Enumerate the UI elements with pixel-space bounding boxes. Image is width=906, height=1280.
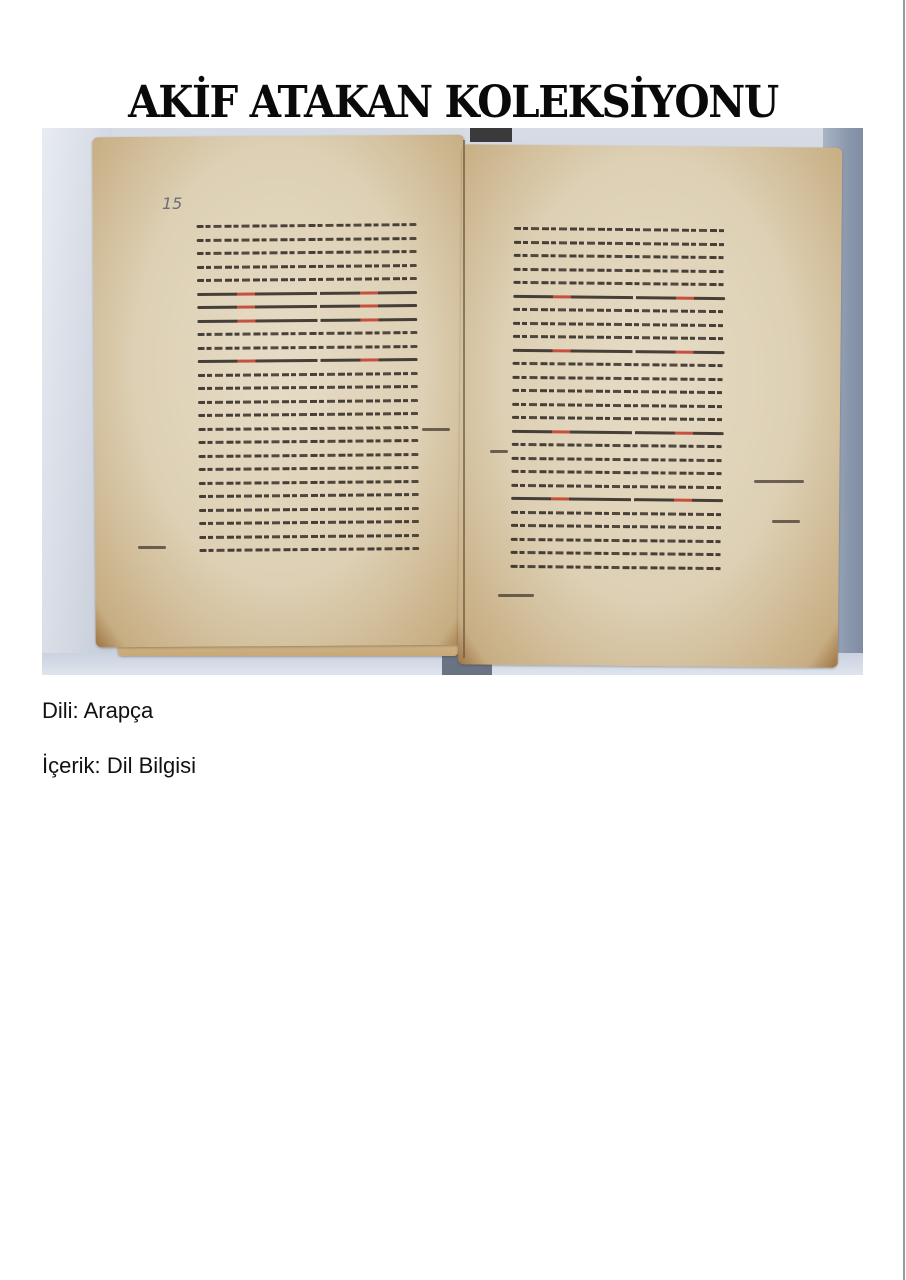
margin-note <box>138 546 166 549</box>
left-page-text-block <box>196 223 419 575</box>
page-border <box>903 0 905 1280</box>
book-gutter <box>463 140 465 658</box>
margin-note <box>490 450 508 453</box>
margin-note <box>772 520 800 523</box>
content-value: Dil Bilgisi <box>107 753 196 778</box>
page-title: AKİF ATAKAN KOLEKSİYONU <box>36 77 870 128</box>
folio-number: 15 <box>162 194 182 213</box>
right-page-text-block <box>510 227 726 599</box>
margin-note <box>422 428 450 431</box>
language-info: Dili: Arapça <box>42 698 153 724</box>
language-value: Arapça <box>84 698 154 723</box>
margin-note <box>498 594 534 597</box>
margin-note <box>754 480 804 483</box>
language-label: Dili: <box>42 698 79 723</box>
content-info: İçerik: Dil Bilgisi <box>42 753 196 779</box>
content-label: İçerik: <box>42 753 101 778</box>
manuscript-photo: 15 <box>42 128 863 675</box>
book-spine <box>470 128 512 142</box>
